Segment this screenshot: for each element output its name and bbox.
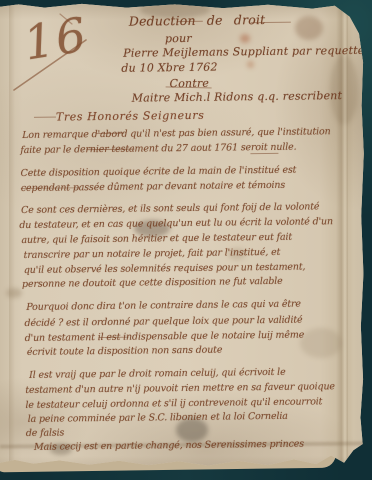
doc-header-party: Pierre Meijlemans Suppliant par requette…: [123, 44, 370, 60]
ink-flourish: [34, 117, 56, 118]
body-line: du testateur, et en cas que quelqu'un eu…: [19, 216, 333, 231]
handwriting-layer: Deduction de droit pour Pierre Meijleman…: [0, 0, 372, 480]
body-line: Cette disposition quoique écrite de la m…: [21, 165, 297, 179]
scan-mount: 16 Deduction de droit pour Pierre Meijle…: [0, 0, 372, 480]
body-line: décidé ? est il ordonné par quelque loix…: [24, 315, 302, 329]
doc-header-date: du 10 Xbre 1762: [121, 61, 217, 75]
underline-1761: [250, 153, 278, 154]
body-line: Pourquoi donc dira t'on le contraire dan…: [26, 299, 301, 313]
body-line: transcrire par un notaire le projet, fai…: [24, 247, 281, 261]
doc-header-pour: pour: [165, 32, 192, 45]
salutation: Tres Honorés Seigneurs: [56, 109, 205, 124]
body-line: Mais cecij est en partie changé, nos Ser…: [34, 439, 304, 453]
body-line: le testateur celuij ordonna et s'il ij c…: [25, 396, 322, 411]
body-line: testament d'un autre n'ij pouvoit rien m…: [25, 381, 335, 396]
body-line: Ce sont ces dernières, et ils sont seuls…: [21, 201, 319, 216]
body-line: personne ne doutoit que cette dispositio…: [22, 276, 283, 290]
body-line: la peine comminée par le S.C. libonien e…: [28, 411, 288, 425]
ink-flourish: [251, 22, 291, 23]
body-line: qu'il eut observé les solemnités requise…: [24, 262, 306, 276]
manuscript-page: 16 Deduction de droit pour Pierre Meijle…: [0, 0, 372, 480]
body-line: de falsis: [26, 427, 65, 438]
body-line: écrivit toute la disposition non sans do…: [27, 345, 223, 358]
body-line: autre, qui le faisoit son héritier et qu…: [21, 232, 292, 246]
body-line: Il est vraij que par le droit romain cel…: [29, 367, 286, 381]
doc-header-opponent: Maitre Mich.l Ridons q.q. rescribent: [132, 89, 343, 105]
body-line: Lon remarque d'abord qu'il n'est pas bie…: [22, 126, 330, 141]
body-line: d'un testament il est indispensable que …: [25, 330, 305, 344]
